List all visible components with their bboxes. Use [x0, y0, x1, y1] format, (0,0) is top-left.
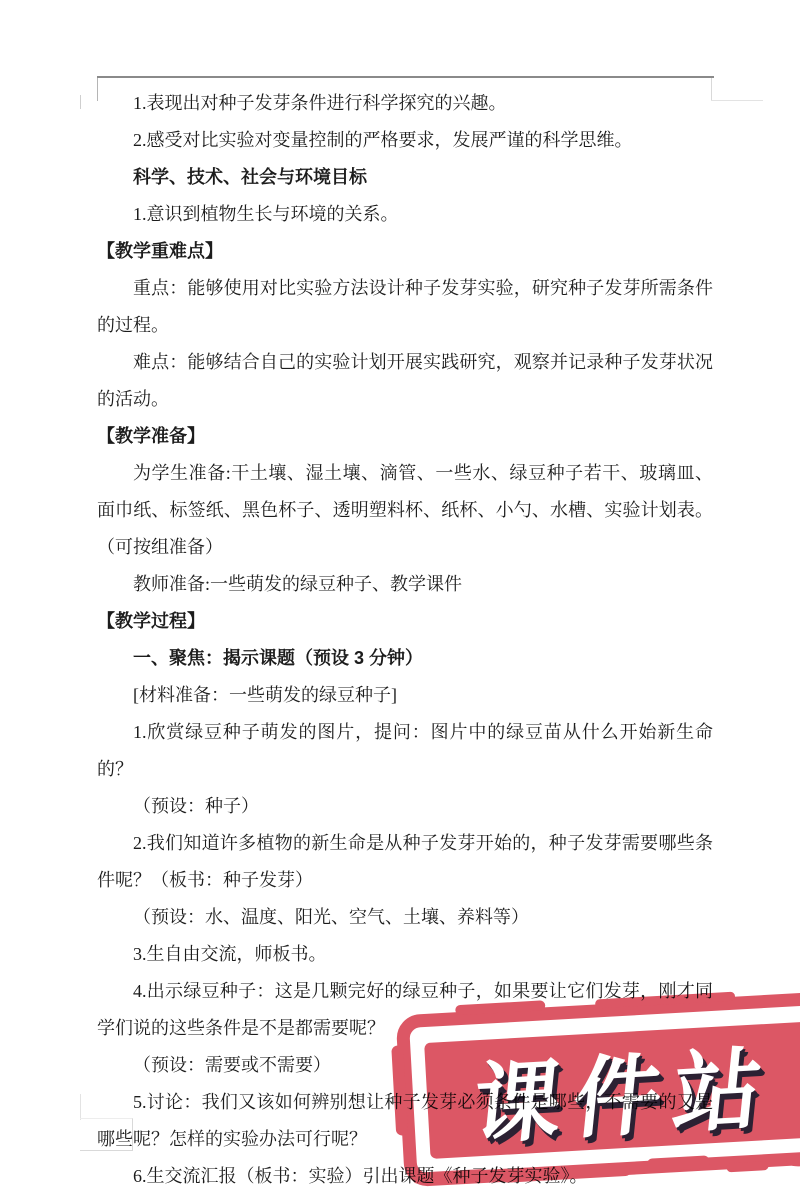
- page-boundary-tick-left: [80, 95, 81, 109]
- page-boundary-corner-top-right-h: [711, 100, 763, 101]
- paragraph: 2.我们知道许多植物的新生命是从种子发芽开始的，种子发芽需要哪些条件呢？（板书：…: [97, 825, 713, 899]
- page-boundary-top-line: [97, 76, 714, 78]
- paragraph: （预设：水、温度、阳光、空气、土壤、养料等）: [97, 899, 713, 936]
- stamp-grunge-blob: [726, 1161, 768, 1172]
- paragraph: 1.欣赏绿豆种子萌发的图片，提问：图片中的绿豆苗从什么开始新生命的？: [97, 714, 713, 788]
- paragraph: 一、聚焦：揭示课题（预设 3 分钟）: [97, 640, 713, 677]
- paragraph: 重点：能够使用对比实验方法设计种子发芽实验，研究种子发芽所需条件的过程。: [97, 270, 713, 344]
- paragraph: 1.意识到植物生长与环境的关系。: [97, 196, 713, 233]
- page-boundary-tick-bottom-left: [80, 1094, 81, 1120]
- kejianzhan-watermark-stamp: 课件站: [396, 991, 800, 1188]
- paragraph: 教师准备:一些萌发的绿豆种子、教学课件: [97, 566, 713, 603]
- paragraph: 【教学过程】: [97, 603, 713, 640]
- paragraph: [材料准备：一些萌发的绿豆种子]: [97, 677, 713, 714]
- stamp-text: 课件站: [468, 1018, 780, 1162]
- paragraph: 【教学准备】: [97, 418, 713, 455]
- paragraph: 为学生准备:干土壤、湿土壤、滴管、一些水、绿豆种子若干、玻璃皿、面巾纸、标签纸、…: [97, 455, 713, 566]
- paragraph: 【教学重难点】: [97, 233, 713, 270]
- paragraph: 科学、技术、社会与环境目标: [97, 159, 713, 196]
- paragraph: 1.表现出对种子发芽条件进行科学探究的兴趣。: [97, 85, 713, 122]
- paragraph: 3.生自由交流，师板书。: [97, 936, 713, 973]
- stamp-inner-block: 课件站: [424, 1021, 800, 1159]
- paragraph: 难点：能够结合自己的实验计划开展实践研究，观察并记录种子发芽状况的活动。: [97, 344, 713, 418]
- paragraph: （预设：种子）: [97, 788, 713, 825]
- paragraph: 2.感受对比实验对变量控制的严格要求，发展严谨的科学思维。: [97, 122, 713, 159]
